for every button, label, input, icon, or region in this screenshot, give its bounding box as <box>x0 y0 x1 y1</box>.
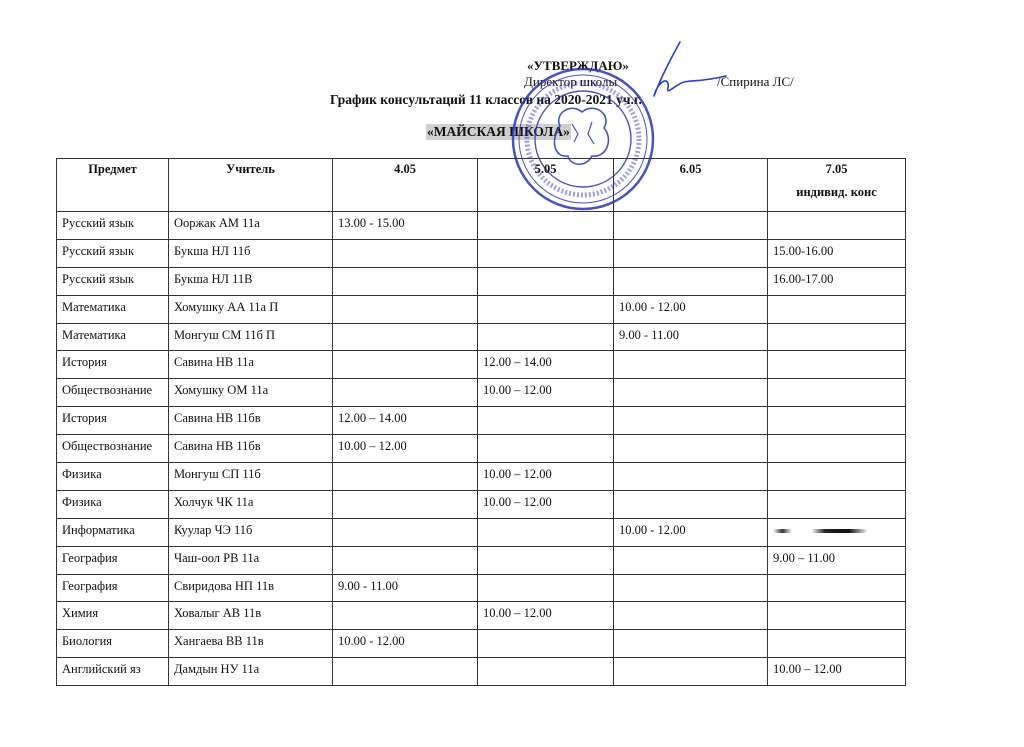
teacher-cell-text: Савина НВ 11бв <box>174 411 261 425</box>
teacher-cell-text: Хомушку АА 11а П <box>174 300 278 314</box>
date-cell-4-05-text: 10.00 - 12.00 <box>338 634 405 648</box>
date-cell-5-05 <box>478 518 614 546</box>
date-cell-5-05 <box>478 435 614 463</box>
column-header: 6.05 <box>614 159 768 212</box>
date-cell-4-05 <box>333 379 478 407</box>
subject-cell-text: История <box>62 355 107 369</box>
column-header: 7.05индивид. конс <box>768 159 906 212</box>
teacher-cell-text: Хангаева ВВ 11в <box>174 634 264 648</box>
date-cell-7-05 <box>768 407 906 435</box>
teacher-cell: Хомушку ОМ 11а <box>169 379 333 407</box>
teacher-cell: Чаш-оол РВ 11а <box>169 546 333 574</box>
table-row: МатематикаХомушку АА 11а П10.00 - 12.00 <box>57 295 906 323</box>
date-cell-6-05-text: 9.00 - 11.00 <box>619 328 679 342</box>
teacher-cell: Савина НВ 11бв <box>169 407 333 435</box>
date-cell-4-05 <box>333 658 478 686</box>
teacher-cell-text: Монгуш СМ 11б П <box>174 328 275 342</box>
column-header: Учитель <box>169 159 333 212</box>
subject-cell: Русский язык <box>57 212 169 240</box>
subject-cell: История <box>57 351 169 379</box>
date-cell-4-05 <box>333 267 478 295</box>
date-cell-6-05 <box>614 267 768 295</box>
date-cell-7-05 <box>768 602 906 630</box>
teacher-cell: Холчук ЧК 11а <box>169 490 333 518</box>
subject-cell: Физика <box>57 490 169 518</box>
table-row: ГеографияЧаш-оол РВ 11а9.00 – 11.00 <box>57 546 906 574</box>
subject-cell-text: География <box>62 551 118 565</box>
column-header-label: Предмет <box>88 162 137 176</box>
column-header: 5.05 <box>478 159 614 212</box>
table-header-row: ПредметУчитель4.055.056.057.05индивид. к… <box>57 159 906 212</box>
date-cell-5-05-text: 10.00 – 12.00 <box>483 383 552 397</box>
subject-cell: Физика <box>57 463 169 491</box>
table-row: Русский языкОоржак АМ 11а13.00 - 15.00 <box>57 212 906 240</box>
document-title: График консультаций 11 классов на 2020-2… <box>330 92 642 108</box>
approver-name: /Спирина ЛС/ <box>717 74 794 90</box>
date-cell-7-05 <box>768 490 906 518</box>
date-cell-7-05 <box>768 212 906 240</box>
column-header-label: Учитель <box>226 162 275 176</box>
table-row: ГеографияСвиридова НП 11в9.00 - 11.00 <box>57 574 906 602</box>
date-cell-4-05 <box>333 463 478 491</box>
subject-cell-text: Русский язык <box>62 244 134 258</box>
date-cell-4-05-text: 12.00 – 14.00 <box>338 411 407 425</box>
date-cell-6-05 <box>614 630 768 658</box>
date-cell-4-05 <box>333 490 478 518</box>
subject-cell: Информатика <box>57 518 169 546</box>
table-row: ФизикаХолчук ЧК 11а10.00 – 12.00 <box>57 490 906 518</box>
date-cell-5-05 <box>478 267 614 295</box>
approval-heading: «УТВЕРЖДАЮ» <box>527 58 629 74</box>
date-cell-6-05-text: 10.00 - 12.00 <box>619 523 686 537</box>
subject-cell-text: Обществознание <box>62 439 152 453</box>
date-cell-6-05: 10.00 - 12.00 <box>614 295 768 323</box>
date-cell-4-05: 12.00 – 14.00 <box>333 407 478 435</box>
column-header-label: 6.05 <box>680 162 702 176</box>
date-cell-6-05 <box>614 658 768 686</box>
date-cell-7-05-text: 10.00 – 12.00 <box>773 662 842 676</box>
ink-smudge <box>773 529 868 533</box>
table-row: ИсторияСавина НВ 11бв12.00 – 14.00 <box>57 407 906 435</box>
teacher-cell-text: Хомушку ОМ 11а <box>174 383 268 397</box>
table-row: ИнформатикаКуулар ЧЭ 11б10.00 - 12.00 <box>57 518 906 546</box>
date-cell-7-05 <box>768 518 906 546</box>
subject-cell-text: Информатика <box>62 523 135 537</box>
subject-cell: Химия <box>57 602 169 630</box>
table-row: Русский языкБукша НЛ 11В16.00-17.00 <box>57 267 906 295</box>
date-cell-6-05 <box>614 574 768 602</box>
subject-cell: Английский яз <box>57 658 169 686</box>
subject-cell-text: Химия <box>62 606 98 620</box>
date-cell-4-05 <box>333 351 478 379</box>
subject-cell-text: Обществознание <box>62 383 152 397</box>
date-cell-4-05: 10.00 - 12.00 <box>333 630 478 658</box>
teacher-cell-text: Дамдын НУ 11а <box>174 662 259 676</box>
date-cell-4-05 <box>333 323 478 351</box>
date-cell-6-05 <box>614 239 768 267</box>
date-cell-5-05: 10.00 – 12.00 <box>478 379 614 407</box>
signature-icon <box>640 40 730 100</box>
date-cell-4-05 <box>333 295 478 323</box>
table-row: ОбществознаниеСавина НВ 11бв10.00 – 12.0… <box>57 435 906 463</box>
subject-cell-text: История <box>62 411 107 425</box>
date-cell-7-05: 10.00 – 12.00 <box>768 658 906 686</box>
date-cell-5-05 <box>478 239 614 267</box>
date-cell-6-05 <box>614 546 768 574</box>
teacher-cell: Савина НВ 11бв <box>169 435 333 463</box>
table-row: Русский языкБукша НЛ 11б15.00-16.00 <box>57 239 906 267</box>
date-cell-5-05-text: 12.00 – 14.00 <box>483 355 552 369</box>
column-header: 4.05 <box>333 159 478 212</box>
teacher-cell: Монгуш СМ 11б П <box>169 323 333 351</box>
subject-cell-text: Биология <box>62 634 112 648</box>
teacher-cell-text: Холчук ЧК 11а <box>174 495 253 509</box>
date-cell-6-05: 9.00 - 11.00 <box>614 323 768 351</box>
teacher-cell: Ховалыг АВ 11в <box>169 602 333 630</box>
teacher-cell: Букша НЛ 11б <box>169 239 333 267</box>
subject-cell-text: Математика <box>62 300 126 314</box>
table-row: Английский язДамдын НУ 11а10.00 – 12.00 <box>57 658 906 686</box>
teacher-cell-text: Ховалыг АВ 11в <box>174 606 261 620</box>
date-cell-5-05-text: 10.00 – 12.00 <box>483 467 552 481</box>
date-cell-7-05 <box>768 463 906 491</box>
date-cell-6-05 <box>614 407 768 435</box>
column-header-label: 7.05 <box>826 162 848 176</box>
date-cell-7-05 <box>768 574 906 602</box>
date-cell-5-05 <box>478 295 614 323</box>
date-cell-7-05-text: 16.00-17.00 <box>773 272 833 286</box>
date-cell-5-05-text: 10.00 – 12.00 <box>483 495 552 509</box>
date-cell-7-05 <box>768 435 906 463</box>
teacher-cell-text: Чаш-оол РВ 11а <box>174 551 259 565</box>
date-cell-4-05-text: 9.00 - 11.00 <box>338 579 398 593</box>
table-row: ФизикаМонгуш СП 11б10.00 – 12.00 <box>57 463 906 491</box>
date-cell-4-05: 13.00 - 15.00 <box>333 212 478 240</box>
table-row: МатематикаМонгуш СМ 11б П9.00 - 11.00 <box>57 323 906 351</box>
date-cell-7-05 <box>768 295 906 323</box>
column-header-sublabel: индивид. конс <box>773 185 900 200</box>
teacher-cell-text: Свиридова НП 11в <box>174 579 274 593</box>
date-cell-5-05: 10.00 – 12.00 <box>478 490 614 518</box>
date-cell-7-05: 16.00-17.00 <box>768 267 906 295</box>
table-row: ХимияХовалыг АВ 11в10.00 – 12.00 <box>57 602 906 630</box>
teacher-cell: Куулар ЧЭ 11б <box>169 518 333 546</box>
subject-cell-text: Русский язык <box>62 272 134 286</box>
date-cell-7-05-text: 15.00-16.00 <box>773 244 833 258</box>
teacher-cell: Хомушку АА 11а П <box>169 295 333 323</box>
date-cell-7-05: 9.00 – 11.00 <box>768 546 906 574</box>
column-header-label: 5.05 <box>535 162 557 176</box>
date-cell-6-05-text: 10.00 - 12.00 <box>619 300 686 314</box>
subject-cell: Русский язык <box>57 267 169 295</box>
subject-cell: География <box>57 546 169 574</box>
date-cell-7-05 <box>768 351 906 379</box>
subject-cell: Обществознание <box>57 435 169 463</box>
teacher-cell-text: Куулар ЧЭ 11б <box>174 523 252 537</box>
date-cell-5-05: 12.00 – 14.00 <box>478 351 614 379</box>
teacher-cell: Савина НВ 11а <box>169 351 333 379</box>
date-cell-6-05 <box>614 212 768 240</box>
teacher-cell-text: Монгуш СП 11б <box>174 467 261 481</box>
date-cell-7-05 <box>768 379 906 407</box>
date-cell-5-05 <box>478 658 614 686</box>
consultation-schedule-table: ПредметУчитель4.055.056.057.05индивид. к… <box>56 158 906 686</box>
subject-cell: Математика <box>57 323 169 351</box>
date-cell-6-05 <box>614 463 768 491</box>
date-cell-5-05 <box>478 574 614 602</box>
column-header-label: 4.05 <box>394 162 416 176</box>
date-cell-5-05-text: 10.00 – 12.00 <box>483 606 552 620</box>
teacher-cell-text: Букша НЛ 11б <box>174 244 251 258</box>
date-cell-5-05 <box>478 630 614 658</box>
subject-cell: Биология <box>57 630 169 658</box>
subject-cell: Русский язык <box>57 239 169 267</box>
subject-cell: Обществознание <box>57 379 169 407</box>
teacher-cell: Ооржак АМ 11а <box>169 212 333 240</box>
date-cell-6-05 <box>614 490 768 518</box>
subject-cell: Математика <box>57 295 169 323</box>
table-row: ИсторияСавина НВ 11а12.00 – 14.00 <box>57 351 906 379</box>
date-cell-4-05 <box>333 546 478 574</box>
subject-cell-text: Английский яз <box>62 662 141 676</box>
date-cell-7-05 <box>768 630 906 658</box>
date-cell-7-05: 15.00-16.00 <box>768 239 906 267</box>
date-cell-4-05 <box>333 239 478 267</box>
date-cell-4-05 <box>333 518 478 546</box>
teacher-cell-text: Савина НВ 11бв <box>174 439 261 453</box>
date-cell-7-05-text: 9.00 – 11.00 <box>773 551 835 565</box>
date-cell-6-05 <box>614 379 768 407</box>
table-row: БиологияХангаева ВВ 11в10.00 - 12.00 <box>57 630 906 658</box>
date-cell-4-05: 9.00 - 11.00 <box>333 574 478 602</box>
date-cell-6-05 <box>614 351 768 379</box>
subject-cell-text: География <box>62 579 118 593</box>
table-row: ОбществознаниеХомушку ОМ 11а10.00 – 12.0… <box>57 379 906 407</box>
date-cell-7-05 <box>768 323 906 351</box>
teacher-cell-text: Ооржак АМ 11а <box>174 216 260 230</box>
date-cell-5-05 <box>478 546 614 574</box>
date-cell-5-05: 10.00 – 12.00 <box>478 602 614 630</box>
subject-cell: География <box>57 574 169 602</box>
date-cell-5-05 <box>478 323 614 351</box>
teacher-cell-text: Савина НВ 11а <box>174 355 254 369</box>
date-cell-4-05-text: 13.00 - 15.00 <box>338 216 405 230</box>
date-cell-5-05 <box>478 407 614 435</box>
teacher-cell: Свиридова НП 11в <box>169 574 333 602</box>
teacher-cell: Монгуш СП 11б <box>169 463 333 491</box>
date-cell-4-05-text: 10.00 – 12.00 <box>338 439 407 453</box>
subject-cell-text: Математика <box>62 328 126 342</box>
teacher-cell: Дамдын НУ 11а <box>169 658 333 686</box>
teacher-cell: Хангаева ВВ 11в <box>169 630 333 658</box>
approval-role: Директор школы <box>524 74 617 90</box>
date-cell-4-05 <box>333 602 478 630</box>
subject-cell-text: Физика <box>62 495 102 509</box>
date-cell-5-05: 10.00 – 12.00 <box>478 463 614 491</box>
school-name: «МАЙСКАЯ ШКОЛА» <box>426 124 571 140</box>
subject-cell-text: Физика <box>62 467 102 481</box>
subject-cell: История <box>57 407 169 435</box>
subject-cell-text: Русский язык <box>62 216 134 230</box>
teacher-cell-text: Букша НЛ 11В <box>174 272 253 286</box>
date-cell-6-05: 10.00 - 12.00 <box>614 518 768 546</box>
date-cell-6-05 <box>614 435 768 463</box>
date-cell-4-05: 10.00 – 12.00 <box>333 435 478 463</box>
teacher-cell: Букша НЛ 11В <box>169 267 333 295</box>
date-cell-5-05 <box>478 212 614 240</box>
column-header: Предмет <box>57 159 169 212</box>
date-cell-6-05 <box>614 602 768 630</box>
